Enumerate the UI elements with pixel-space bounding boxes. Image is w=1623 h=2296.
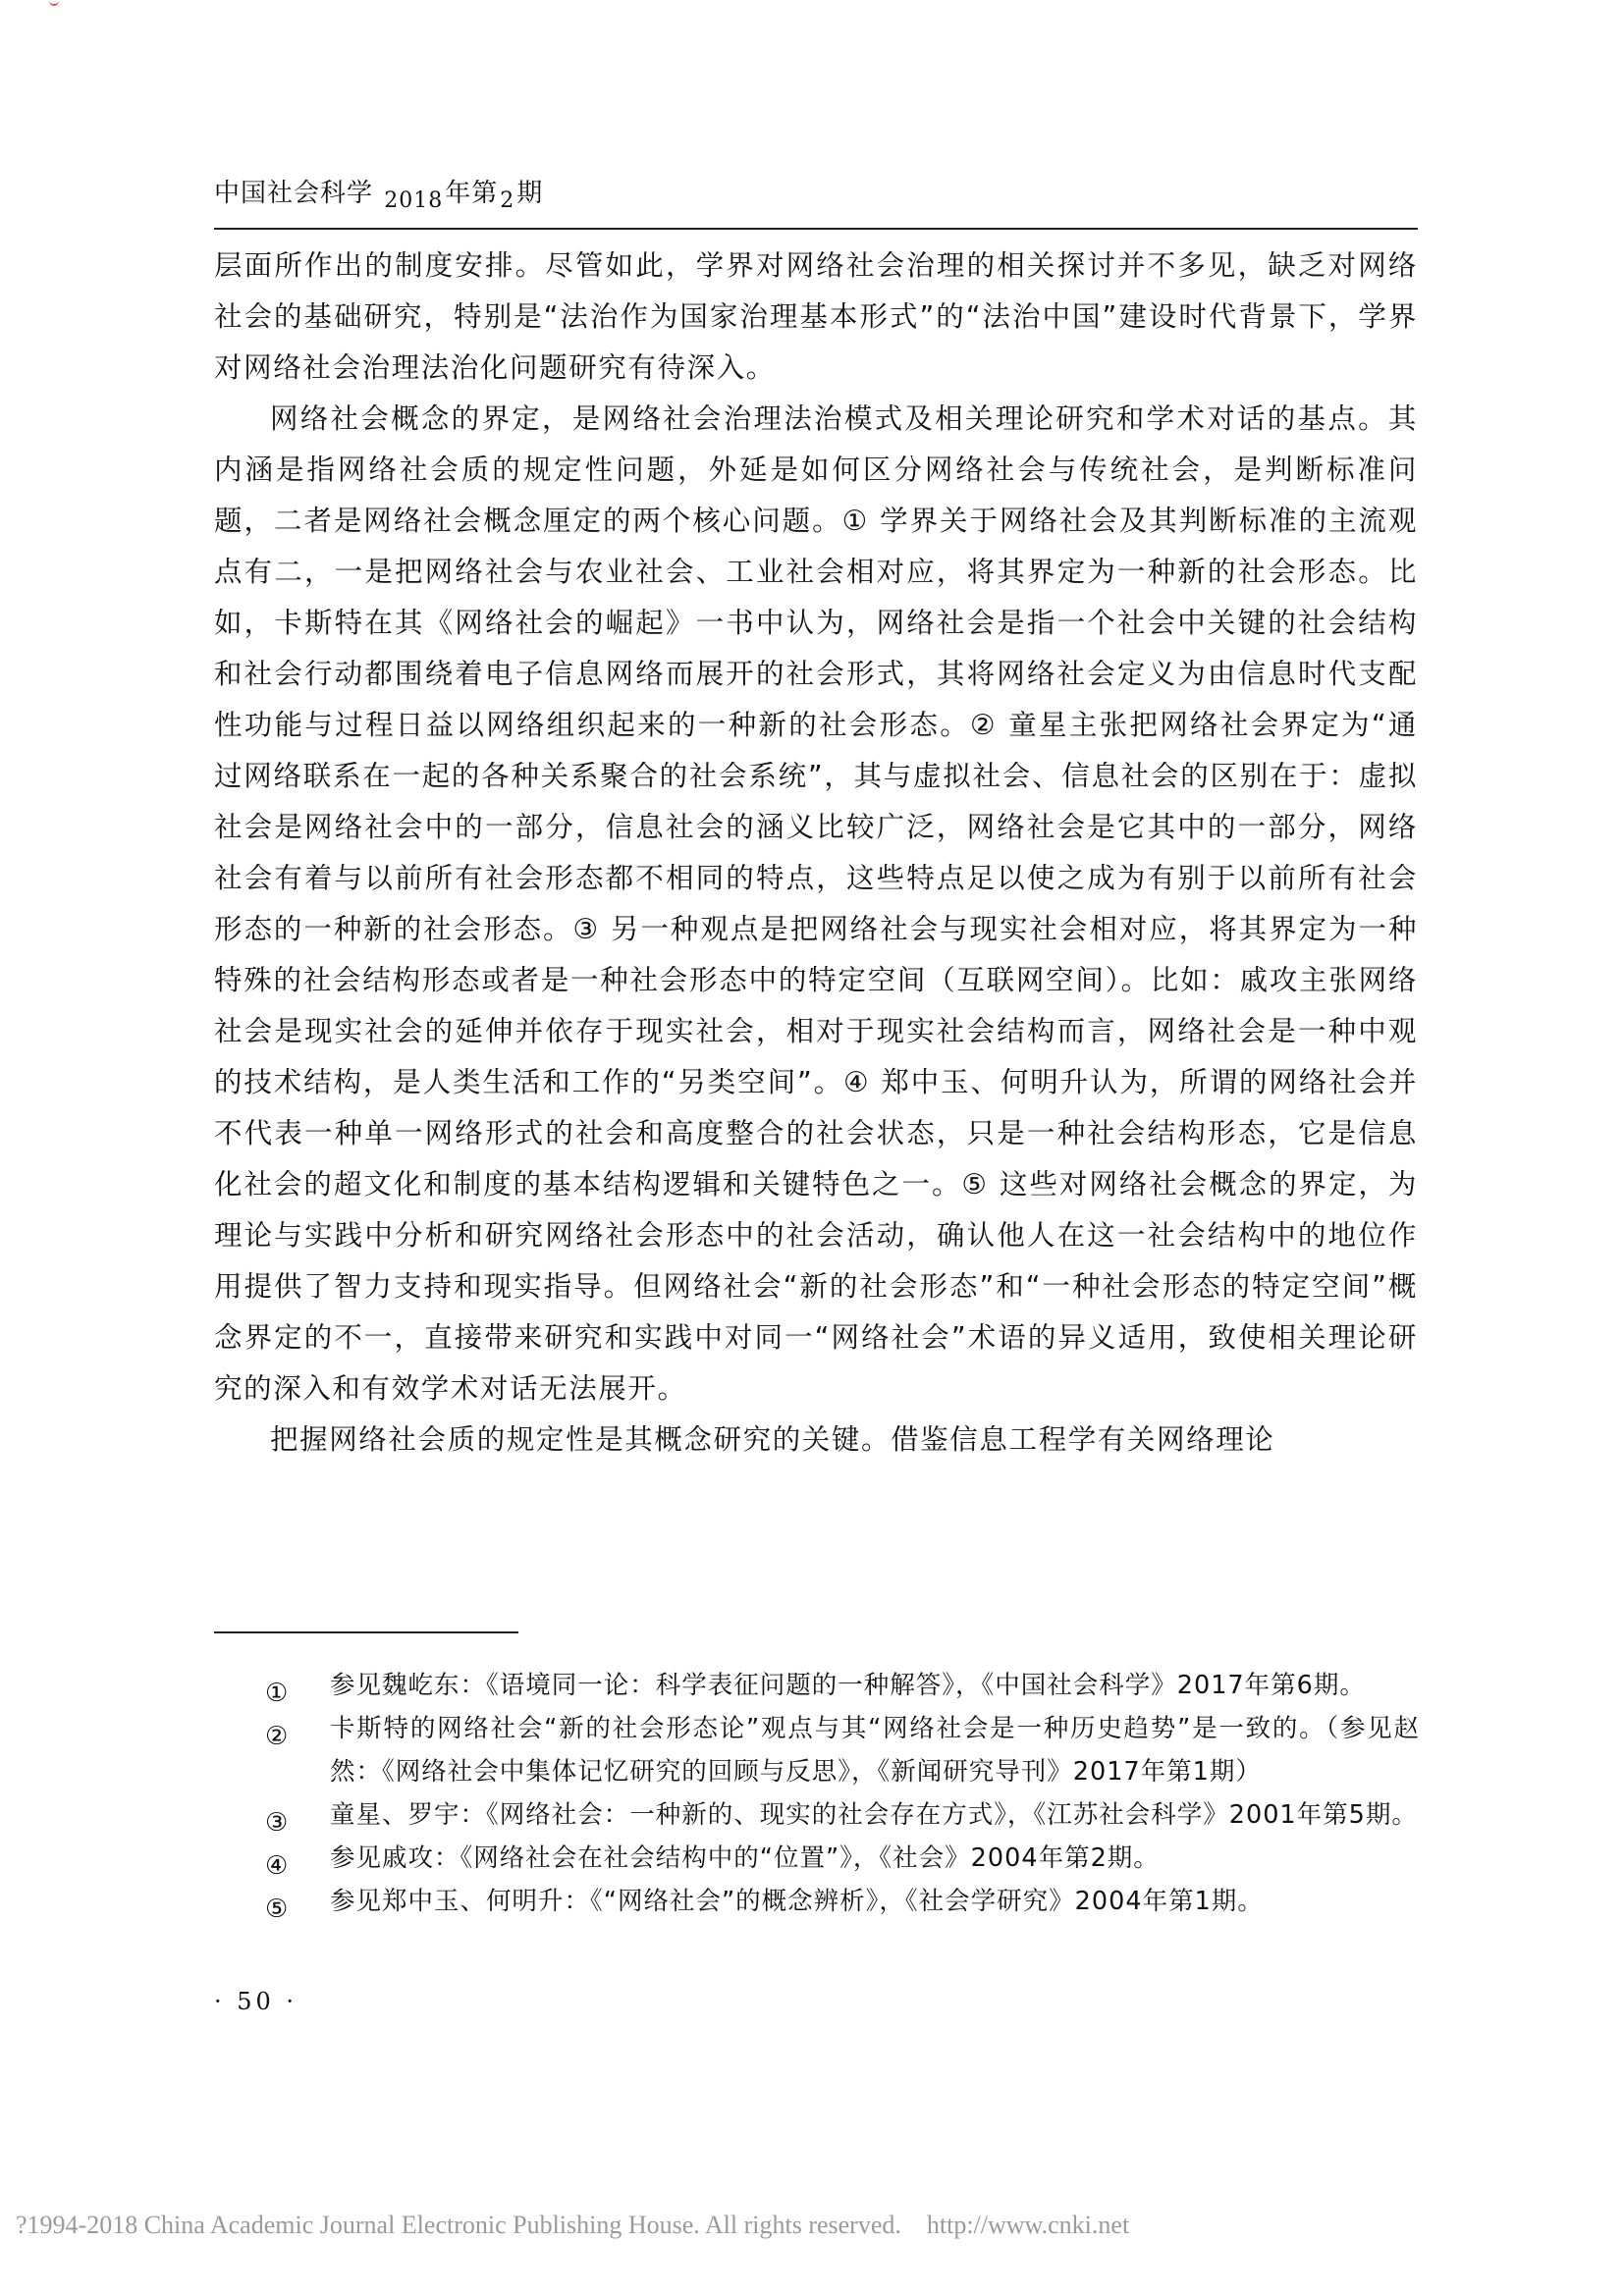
- header-rule: [214, 228, 1418, 230]
- paragraph: 把握网络社会质的规定性是其概念研究的关键。借鉴信息工程学有关网络理论: [214, 1415, 1418, 1466]
- footnote-text: 参见郑中玉、何明升：《“网络社会”的概念辨析》，《社会学研究》2004年第1期。: [330, 1880, 1420, 1923]
- footnote-text: 参见戚攻：《网络社会在社会结构中的“位置”》，《社会》2004年第2期。: [330, 1837, 1420, 1880]
- year-suffix: 年第: [445, 179, 498, 208]
- running-header: 中国社会科学 2018年第2期: [214, 173, 543, 209]
- footnote: ① 参见魏屹东：《语境同一论：科学表征问题的一种解答》，《中国社会科学》2017…: [265, 1664, 1420, 1707]
- page-number: · 50 ·: [214, 1988, 298, 2015]
- footnote-mark: ②: [265, 1715, 330, 1801]
- footnote: ⑤ 参见郑中玉、何明升：《“网络社会”的概念辨析》，《社会学研究》2004年第1…: [265, 1880, 1420, 1923]
- copyright-notice: ?1994-2018 China Academic Journal Electr…: [16, 2211, 1129, 2240]
- footnotes: ① 参见魏屹东：《语境同一论：科学表征问题的一种解答》，《中国社会科学》2017…: [265, 1664, 1420, 1923]
- footnote-mark: ①: [265, 1672, 330, 1715]
- footnote-rule: [214, 1631, 518, 1633]
- paragraph: 层面所作出的制度安排。尽管如此，学界对网络社会治理的相关探讨并不多见，缺乏对网络…: [214, 240, 1418, 394]
- journal-name: 中国社会科学: [214, 179, 373, 208]
- footnote: ④ 参见戚攻：《网络社会在社会结构中的“位置”》，《社会》2004年第2期。: [265, 1837, 1420, 1880]
- body-text: 层面所作出的制度安排。尽管如此，学界对网络社会治理的相关探讨并不多见，缺乏对网络…: [214, 240, 1418, 1466]
- year: 2018: [384, 188, 443, 213]
- footnote-mark: ④: [265, 1844, 330, 1888]
- footnote-text: 卡斯特的网络社会“新的社会形态论”观点与其“网络社会是一种历史趋势”是一致的。（…: [330, 1707, 1420, 1793]
- issue-number: 2: [500, 188, 514, 213]
- footnote-text: 童星、罗宇：《网络社会：一种新的、现实的社会存在方式》，《江苏社会科学》2001…: [330, 1793, 1420, 1837]
- corner-mark: [49, 0, 59, 6]
- footnote: ② 卡斯特的网络社会“新的社会形态论”观点与其“网络社会是一种历史趋势”是一致的…: [265, 1707, 1420, 1793]
- footnote-text: 参见魏屹东：《语境同一论：科学表征问题的一种解答》，《中国社会科学》2017年第…: [330, 1664, 1420, 1707]
- footnote-mark: ⑤: [265, 1888, 330, 1931]
- issue-suffix: 期: [516, 179, 543, 208]
- footnote: ③ 童星、罗宇：《网络社会：一种新的、现实的社会存在方式》，《江苏社会科学》20…: [265, 1793, 1420, 1837]
- footnote-mark: ③: [265, 1801, 330, 1844]
- paragraph: 网络社会概念的界定，是网络社会治理法治模式及相关理论研究和学术对话的基点。其内涵…: [214, 394, 1418, 1415]
